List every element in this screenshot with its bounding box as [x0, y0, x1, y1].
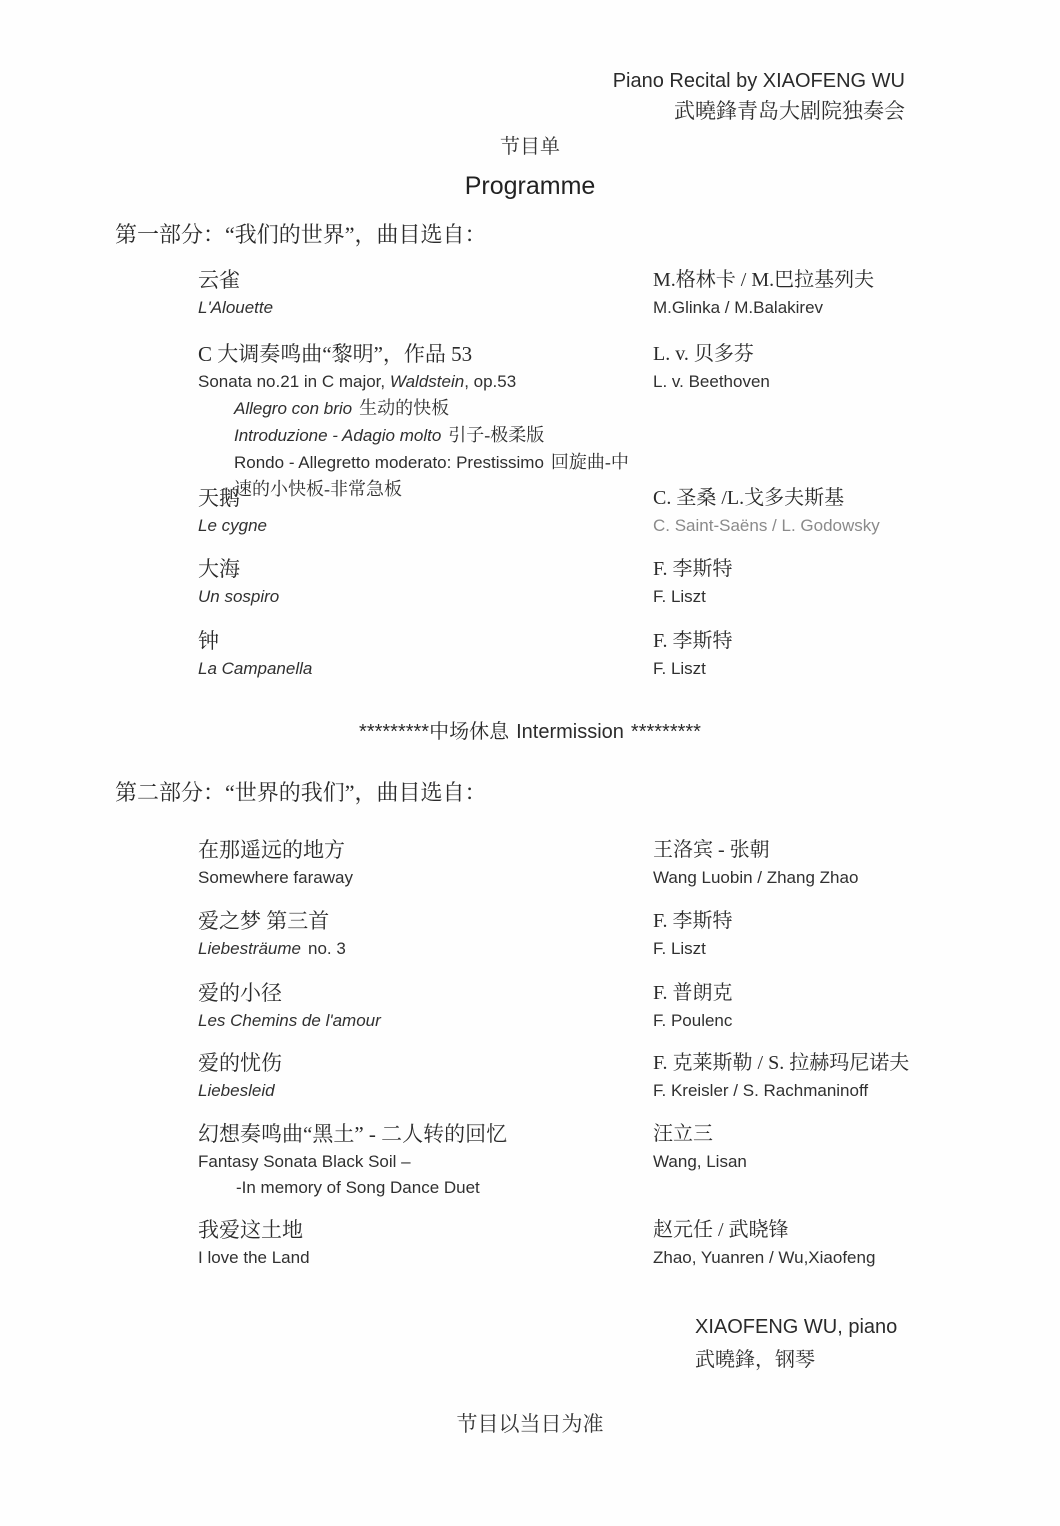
piece-title-zh: 天鹅	[198, 484, 638, 513]
composer-en: F. Liszt	[653, 936, 1053, 962]
title-en-italic: Liebesträume	[198, 939, 301, 958]
composer-zh: L. v. 贝多芬	[653, 340, 1053, 369]
piece-titles: 大海 Un sospiro	[198, 555, 638, 610]
piece-title-zh: 幻想奏鸣曲“黑土” - 二人转的回忆	[198, 1120, 638, 1149]
composer-en: F. Poulenc	[653, 1008, 1053, 1034]
piece-titles: 钟 La Campanella	[198, 627, 638, 682]
sonata-en-pre: Sonata no.21 in C major,	[198, 372, 390, 391]
composer-en: M.Glinka / M.Balakirev	[653, 295, 1053, 321]
intermission-stars-right: *********	[624, 721, 701, 743]
piece-title-en: Un sospiro	[198, 584, 638, 610]
composer-zh: 赵元任 / 武晓锋	[653, 1216, 1053, 1245]
piece-titles: 幻想奏鸣曲“黑土” - 二人转的回忆 Fantasy Sonata Black …	[198, 1120, 638, 1201]
recital-title-en: Piano Recital by XIAOFENG WU	[613, 66, 905, 96]
piece-title-en: L'Alouette	[198, 295, 638, 321]
intermission-zh: 中场休息	[429, 721, 509, 743]
performer-zh: 武曉鋒，钢琴	[695, 1344, 897, 1377]
composer-en: F. Kreisler / S. Rachmaninoff	[653, 1078, 1053, 1104]
part2-heading: 第二部分：“世界的我们”，曲目选自：	[115, 776, 487, 807]
composer-zh: M.格林卡 / M.巴拉基列夫	[653, 266, 1053, 295]
piece-composers: L. v. 贝多芬 L. v. Beethoven	[653, 340, 1053, 395]
piece-composers: 王洛宾 - 张朝 Wang Luobin / Zhang Zhao	[653, 836, 1053, 891]
piece-titles: 爱之梦 第三首 Liebesträumeno. 3	[198, 907, 638, 962]
movement-2-latin: Introduzione - Adagio molto	[234, 426, 441, 445]
composer-en: F. Liszt	[653, 584, 1053, 610]
piece-titles: C 大调奏鸣曲“黎明”，作品 53 Sonata no.21 in C majo…	[198, 340, 638, 503]
composer-zh: F. 李斯特	[653, 555, 1053, 584]
piece-composers: F. 李斯特 F. Liszt	[653, 907, 1053, 962]
piece-title-en: Les Chemins de l'amour	[198, 1008, 638, 1034]
doc-title-en: Programme	[0, 172, 1060, 201]
piece-title-zh: 在那遥远的地方	[198, 836, 638, 865]
piece-title-en: La Campanella	[198, 656, 638, 682]
composer-en: L. v. Beethoven	[653, 369, 1053, 395]
piece-composers: F. 克莱斯勒 / S. 拉赫玛尼诺夫 F. Kreisler / S. Rac…	[653, 1049, 1053, 1104]
movement-1: Allegro con brio生动的快板	[234, 395, 638, 422]
piece-title-zh: 钟	[198, 627, 638, 656]
composer-en: Wang Luobin / Zhang Zhao	[653, 865, 1053, 891]
sonata-en-italic: Waldstein	[390, 372, 464, 391]
piece-title-zh: 爱的忧伤	[198, 1049, 638, 1078]
piece-title-en: Fantasy Sonata Black Soil –	[198, 1149, 638, 1175]
piece-composers: 汪立三 Wang, Lisan	[653, 1120, 1053, 1175]
piece-composers: 赵元任 / 武晓锋 Zhao, Yuanren / Wu,Xiaofeng	[653, 1216, 1053, 1271]
composer-zh: 汪立三	[653, 1120, 1053, 1149]
performer-block: XIAOFENG WU, piano 武曉鋒，钢琴	[695, 1311, 897, 1377]
piece-titles: 我爱这土地 I love the Land	[198, 1216, 638, 1271]
composer-zh: C. 圣桑 /L.戈多夫斯基	[653, 484, 1053, 513]
piece-title-zh: 大海	[198, 555, 638, 584]
piece-titles: 在那遥远的地方 Somewhere faraway	[198, 836, 638, 891]
piece-composers: F. 普朗克 F. Poulenc	[653, 979, 1053, 1034]
title-en-post: no. 3	[301, 939, 346, 958]
composer-en: Zhao, Yuanren / Wu,Xiaofeng	[653, 1245, 1053, 1271]
piece-title-en: Le cygne	[198, 513, 638, 539]
piece-composers: C. 圣桑 /L.戈多夫斯基 C. Saint-Saëns / L. Godow…	[653, 484, 1053, 539]
intermission-line: *********中场休息Intermission*********	[0, 715, 1060, 744]
piece-title-zh: C 大调奏鸣曲“黎明”，作品 53	[198, 340, 638, 369]
piece-title-en: Liebesleid	[198, 1078, 638, 1104]
intermission-stars-left: *********	[359, 721, 429, 743]
composer-zh: F. 克莱斯勒 / S. 拉赫玛尼诺夫	[653, 1049, 1053, 1078]
composer-zh: F. 普朗克	[653, 979, 1053, 1008]
movement-1-latin: Allegro con brio	[234, 399, 352, 418]
piece-title-zh: 爱之梦 第三首	[198, 907, 638, 936]
composer-zh: F. 李斯特	[653, 907, 1053, 936]
part1-heading: 第一部分：“我们的世界”，曲目选自：	[115, 218, 487, 249]
piece-titles: 天鹅 Le cygne	[198, 484, 638, 539]
piece-title-en: Somewhere faraway	[198, 865, 638, 891]
composer-en: Wang, Lisan	[653, 1149, 1053, 1175]
sonata-en-post: , op.53	[464, 372, 516, 391]
performer-en: XIAOFENG WU, piano	[695, 1311, 897, 1344]
movement-2: Introduzione - Adagio molto引子-极柔版	[234, 422, 638, 449]
piece-title-zh: 爱的小径	[198, 979, 638, 1008]
composer-zh: 王洛宾 - 张朝	[653, 836, 1053, 865]
piece-title-en: I love the Land	[198, 1245, 638, 1271]
composer-en: C. Saint-Saëns / L. Godowsky	[653, 513, 1053, 539]
composer-en: F. Liszt	[653, 656, 1053, 682]
piece-title-en: Sonata no.21 in C major, Waldstein, op.5…	[198, 369, 638, 395]
piece-titles: 爱的小径 Les Chemins de l'amour	[198, 979, 638, 1034]
piece-titles: 云雀 L'Alouette	[198, 266, 638, 321]
piece-title-zh: 云雀	[198, 266, 638, 295]
piece-title-en-line2: -In memory of Song Dance Duet	[236, 1175, 638, 1201]
piece-composers: F. 李斯特 F. Liszt	[653, 555, 1053, 610]
programme-page: Piano Recital by XIAOFENG WU 武曉鋒青岛大剧院独奏会…	[0, 0, 1060, 1526]
recital-header: Piano Recital by XIAOFENG WU 武曉鋒青岛大剧院独奏会	[613, 66, 905, 126]
composer-zh: F. 李斯特	[653, 627, 1053, 656]
movement-3-latin: Rondo - Allegretto moderato: Prestissimo	[234, 453, 544, 472]
doc-title-zh: 节目单	[0, 130, 1060, 159]
movement-2-zh: 引子-极柔版	[441, 425, 544, 445]
piece-titles: 爱的忧伤 Liebesleid	[198, 1049, 638, 1104]
piece-title-zh: 我爱这土地	[198, 1216, 638, 1245]
piece-composers: F. 李斯特 F. Liszt	[653, 627, 1053, 682]
programme-note: 节目以当日为准	[0, 1408, 1060, 1438]
intermission-en: Intermission	[509, 721, 624, 743]
movement-1-zh: 生动的快板	[352, 398, 449, 418]
recital-title-zh: 武曉鋒青岛大剧院独奏会	[613, 96, 905, 126]
piece-composers: M.格林卡 / M.巴拉基列夫 M.Glinka / M.Balakirev	[653, 266, 1053, 321]
piece-title-en: Liebesträumeno. 3	[198, 936, 638, 962]
